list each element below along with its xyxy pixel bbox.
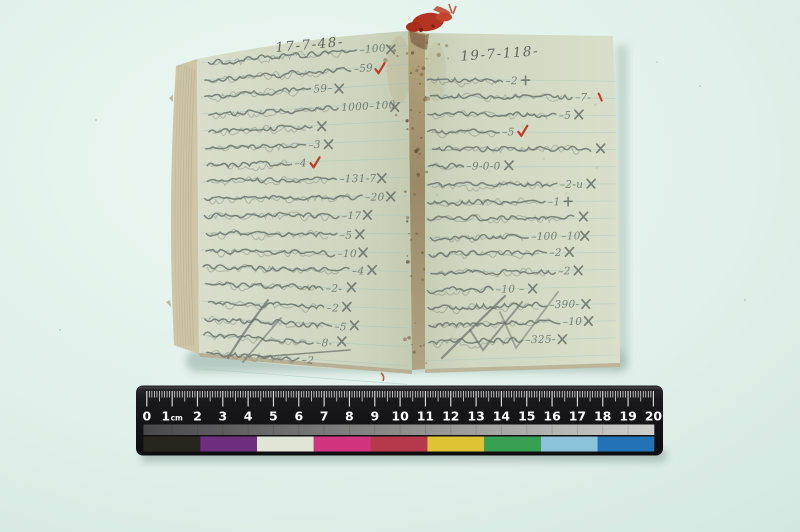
stain-speckle — [395, 114, 398, 117]
line-tail-value: –1 — [548, 196, 561, 208]
ruler-number-12: 12 — [442, 409, 459, 424]
stain-speckle — [423, 98, 426, 101]
ruler-number-6: 6 — [294, 409, 303, 424]
ruler-number-9: 9 — [370, 409, 379, 424]
stain-speckle — [403, 337, 407, 341]
stain-speckle — [426, 97, 430, 101]
line-tail-value: –100 — [359, 42, 386, 56]
line-tail-value: –2 — [301, 354, 314, 367]
line-tail-value: –2 — [549, 247, 562, 259]
stain-speckle — [425, 362, 427, 364]
stain-speckle — [410, 275, 412, 277]
photograph: 17-7-48- 19-7-118- –100–5959–1000–100–3–… — [0, 0, 800, 532]
ruler-number-14: 14 — [493, 409, 511, 424]
stain-speckle — [447, 58, 449, 60]
scale-ruler: 01cm234567891011121314151617181920 — [136, 386, 663, 456]
stain-speckle — [418, 153, 421, 156]
calibration-patch-4 — [371, 437, 428, 452]
stain-speckle — [413, 193, 416, 196]
calibration-patch-6 — [484, 437, 541, 452]
stain-speckle — [411, 127, 414, 130]
stain-speckle — [419, 83, 421, 85]
calibration-patch-7 — [541, 437, 598, 452]
line-tail-value: –390- — [549, 298, 580, 311]
scene-svg: 17-7-48- 19-7-118- –100–5959–1000–100–3–… — [0, 0, 800, 532]
stain-speckle — [411, 117, 412, 118]
line-tail-value: –5 — [502, 126, 515, 138]
stain-speckle — [414, 149, 418, 153]
stain-speckle — [425, 96, 427, 98]
calibration-patch-8 — [598, 437, 655, 452]
stain-speckle — [406, 128, 408, 130]
calibration-patch-2 — [257, 437, 314, 452]
line-tail-value: 59– — [313, 82, 333, 95]
line-tail-value: –8- — [316, 337, 333, 350]
stain-speckle — [408, 233, 409, 234]
line-tail-value: –2 — [558, 265, 571, 277]
ruler-number-11: 11 — [417, 409, 434, 424]
stain-speckle — [419, 112, 420, 113]
stain-speckle — [417, 156, 418, 157]
foxing-dot — [594, 103, 597, 106]
stain-speckle — [411, 344, 413, 346]
line-tail-value: –5 — [334, 321, 347, 334]
stain-speckle — [383, 58, 388, 63]
ruler-number-19: 19 — [619, 409, 636, 424]
stain-speckle — [416, 173, 420, 177]
stain-speckle — [413, 351, 416, 354]
stain-speckle — [406, 220, 408, 222]
stain-speckle — [437, 53, 441, 57]
ruler-number-3: 3 — [218, 409, 227, 424]
stain-speckle — [420, 345, 422, 347]
stain-speckle — [421, 278, 424, 281]
ruler-number-15: 15 — [518, 409, 535, 424]
stain-speckle — [422, 66, 426, 70]
stain-speckle — [414, 322, 416, 324]
stain-speckle — [438, 43, 440, 45]
foxing-dot — [543, 158, 546, 161]
line-tail-value: –131-7 — [339, 173, 377, 186]
ruler-number-10: 10 — [391, 409, 409, 424]
stain-speckle — [406, 52, 408, 54]
line-tail-value: –10 — [563, 316, 583, 329]
color-calibration-patches — [144, 437, 655, 452]
ruler-number-5: 5 — [269, 409, 278, 424]
line-tail-value: –7- — [575, 92, 592, 104]
stain-speckle — [420, 73, 423, 76]
line-tail-value: –2 — [326, 302, 339, 315]
foxing-dot — [595, 166, 598, 169]
stain-speckle — [425, 171, 428, 174]
foxing-dot — [521, 125, 524, 128]
line-tail-value: –17 — [342, 210, 362, 222]
stain-speckle — [423, 345, 424, 346]
stain-speckle — [415, 69, 418, 72]
stain-speckle — [410, 239, 412, 241]
line-tail-value: –4 — [352, 265, 365, 277]
ruler-number-13: 13 — [467, 409, 484, 424]
line-tail-value: –4 — [294, 157, 307, 169]
ruler-ticks — [147, 391, 654, 407]
line-tail-value: –5 — [340, 230, 353, 242]
stain-speckle — [396, 55, 398, 57]
ruler-number-4: 4 — [244, 409, 253, 424]
line-tail-value: –2- — [326, 283, 343, 296]
foxing-dot — [565, 192, 568, 195]
stain-speckle — [426, 58, 428, 60]
calibration-patch-1 — [200, 437, 257, 452]
stain-speckle — [406, 260, 410, 264]
ruler-number-0: 0 — [142, 409, 151, 424]
foxing-dot — [436, 194, 439, 197]
ruler-number-7: 7 — [320, 409, 329, 424]
ruler-number-2: 2 — [193, 409, 202, 424]
line-tail-value: –100 –10 — [531, 230, 581, 243]
ruler-number-8: 8 — [345, 409, 354, 424]
line-tail-value: –10 — [337, 248, 357, 260]
ruler-number-18: 18 — [594, 409, 611, 424]
notebook: 17-7-48- 19-7-118- –100–5959–1000–100–3–… — [166, 4, 620, 384]
line-tail-value: –325- — [525, 333, 556, 346]
stain-speckle — [416, 233, 418, 235]
stain-speckle — [405, 119, 408, 122]
line-tail-value: –2 — [505, 75, 518, 87]
ruler-number-16: 16 — [543, 409, 561, 424]
line-tail-value: –5 — [559, 110, 572, 122]
ruler-number-20: 20 — [645, 409, 663, 424]
stain-speckle — [410, 109, 412, 111]
stain-speckle — [418, 234, 419, 235]
calibration-patch-0 — [144, 437, 201, 452]
line-tail-value: –20 — [365, 191, 385, 203]
stain-speckle — [410, 72, 412, 74]
line-tail-value: –10 – — [496, 283, 525, 296]
stain-speckle — [411, 51, 414, 54]
ruler-top-highlight — [138, 387, 661, 389]
line-tail-value: –2-u — [560, 179, 584, 191]
ruler-numbers: 01cm234567891011121314151617181920 — [142, 409, 662, 424]
stain-speckle — [407, 255, 409, 257]
stain-speckle — [420, 137, 422, 139]
stain-speckle — [393, 49, 396, 52]
stain-speckle — [445, 44, 448, 47]
calibration-patch-5 — [427, 437, 484, 452]
stain-speckle — [406, 216, 409, 219]
stain-speckle — [404, 190, 406, 192]
line-tail-value: –59 — [353, 62, 373, 75]
stain-speckle — [423, 268, 425, 270]
ruler-number-17: 17 — [569, 409, 586, 424]
line-tail-value: –9-0-0 — [466, 160, 500, 172]
stain-speckle — [418, 66, 419, 67]
stain-speckle — [407, 336, 411, 340]
line-tail-value: –3 — [308, 139, 321, 151]
calibration-patch-3 — [314, 437, 371, 452]
gutter-stain-right — [426, 42, 446, 102]
stain-speckle — [421, 252, 423, 254]
